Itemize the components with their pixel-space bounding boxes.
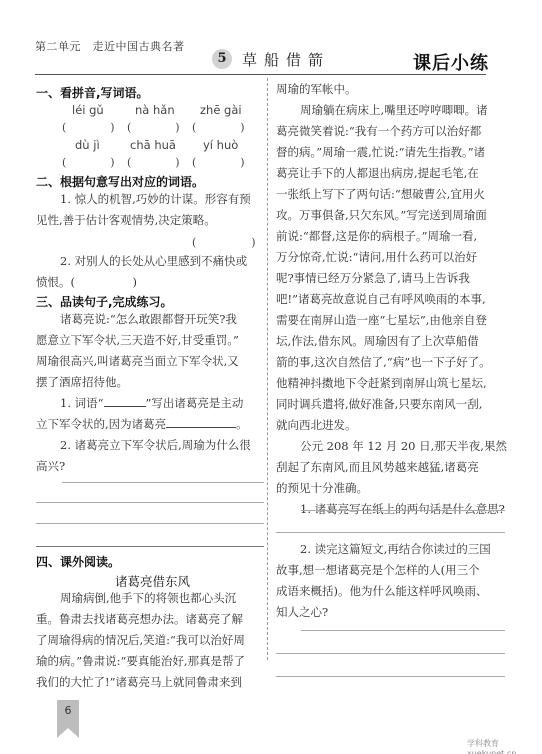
answer-box[interactable]: ( ) [127, 119, 180, 135]
answer-box[interactable]: ( ) [62, 154, 115, 170]
answer-line[interactable] [276, 532, 505, 533]
answer-box[interactable]: ( ) [62, 119, 115, 135]
reading-line: 攻。万事俱备,只欠东风。”写完送到周瑜面 [276, 205, 487, 227]
reading-line: 公元 208 年 12 月 20 日,那天半夜,果然 [300, 436, 507, 458]
answer-line[interactable] [301, 630, 505, 631]
answer-line[interactable] [301, 510, 505, 511]
pinyin-cha-hua: chā huā [130, 138, 176, 152]
section2-heading: 二、根据句意写出对应的词语。 [36, 173, 204, 190]
reading-line: 万分惊奇,忙说:“请问,用什么药可以治好 [276, 247, 477, 269]
reading-line: 周瑜的军帐中。 [276, 79, 357, 101]
section3-heading: 三、品读句子,完成练习。 [36, 293, 173, 310]
reading-line: 我们的大忙了!”诸葛亮马上就同鲁肃来到 [36, 672, 242, 694]
reading-line: 葛亮微笑着说:“我有一个药方可以治好都 [276, 121, 481, 143]
reading-line: 吧!”诸葛亮故意说自己有呼风唤雨的本事, [276, 289, 486, 311]
answer-box[interactable]: ( ) [192, 119, 245, 135]
s4-q2-line: 故事,想一想诸葛亮是个怎样的人(用三个 [276, 560, 480, 582]
pinyin-na-han: nà hǎn [135, 103, 175, 117]
s2-q1-line2: 见性,善于估计客观情势,决定策略。 [36, 210, 216, 232]
reading-line: 前说:“都督,这是你的病根子。”周瑜一看, [276, 226, 477, 248]
s3-q1-line1: 1. 词语“”写出诸葛亮是主动 [60, 393, 243, 415]
page-number: 6 [57, 704, 79, 717]
reading-line: 坛,作法,借东风。周瑜因有了上次草船借 [276, 331, 479, 353]
reading-line: 他精神抖擞地下令赶紧到南屏山筑七星坛, [276, 373, 487, 395]
reading-line: 箭的事,这次自然信了,“病”也一下子好了。 [276, 352, 491, 374]
pinyin-yi-huo: yí huò [203, 138, 238, 152]
section-rule [36, 546, 264, 547]
s3-passage-line: 周瑜很高兴,叫诸葛亮当面立下军令状,又 [36, 351, 239, 373]
reading-line: 瑜的病。”鲁肃说:“要真能治好,那真是帮了 [36, 651, 245, 673]
answer-line[interactable] [62, 482, 264, 483]
watermark: 学科教育 xuekunet.cn [467, 738, 542, 754]
header-rule [35, 74, 486, 75]
pinyin-zhe-gai: zhē gài [200, 103, 242, 117]
s3-passage-line: 诸葛亮说:“怎么敢跟都督开玩笑?我 [60, 309, 237, 331]
reading-line: 督的病。”周瑜一震,忙说:“请先生指教。”诸 [276, 142, 485, 164]
s3-passage-line: 摆了酒席招待他。 [36, 372, 128, 394]
s2-q2-line2: 愤恨。( ) [36, 272, 137, 294]
answer-line[interactable] [36, 523, 264, 524]
section1-heading: 一、看拼音,写词语。 [36, 84, 149, 101]
reading-line: 周瑜病倒,他手下的将领也都心头沉 [60, 588, 236, 610]
section4-heading: 四、课外阅读。 [36, 553, 120, 570]
practice-label: 课后小练 [413, 49, 489, 75]
s4-q2-line: 2. 读完这篇短文,再结合你读过的三国 [300, 539, 491, 561]
column-divider [267, 78, 268, 660]
fill-blank[interactable] [166, 427, 236, 428]
s3-q2-line1: 2. 诸葛亮立下军令状后,周瑜为什么很 [60, 435, 251, 457]
pinyin-du-ji: dù jì [75, 138, 100, 152]
answer-box[interactable]: ( ) [192, 154, 245, 170]
lesson-title: 草船借箭 [242, 49, 330, 70]
reading-line: 刮起了东南风,而且风势越来越猛,诸葛亮 [276, 457, 479, 479]
s4-q2-line: 成语来概括)。他为什么能这样呼风唤雨、 [276, 581, 487, 603]
pinyin-lei-gu: léi gǔ [72, 103, 104, 117]
s4-q2-line: 知人之心? [276, 602, 328, 624]
reading-line: 的预见十分准确。 [276, 478, 368, 500]
answer-line[interactable] [276, 653, 505, 654]
reading-line: 重。鲁肃去找诸葛亮想办法。诸葛亮了解 [36, 609, 243, 631]
unit-title: 第二单元 走近中国古典名著 [35, 38, 185, 54]
s2-q2-line1: 2. 对别人的长处从心里感到不痛快或 [60, 251, 247, 273]
answer-box[interactable]: ( ) [192, 234, 256, 250]
s3-passage-line: 愿意立下军令状,三天造不好,甘受重罚。” [36, 330, 239, 352]
answer-line[interactable] [276, 676, 505, 677]
lesson-number-badge: 5 [212, 49, 232, 69]
reading-line: 一张纸上写下了两句话:“想破曹公,宜用火 [276, 184, 485, 206]
reading-line: 同时调兵遣将,做好准备,只要东南风一刮, [276, 394, 482, 416]
s3-q2-line2: 高兴? [36, 456, 65, 478]
reading-line: 周瑜躺在病床上,嘴里还哼哼唧唧。诸 [300, 100, 488, 122]
reading-line: 需要在南屏山造一座“七星坛”,由他亲自登 [276, 310, 487, 332]
s3-q1-line2: 立下军令状的,因为诸葛亮。 [36, 414, 248, 436]
answer-box[interactable]: ( ) [127, 154, 180, 170]
fill-blank[interactable] [104, 406, 146, 407]
reading-line: 葛亮让手下的人都退出病房,提起毛笔,在 [276, 163, 479, 185]
reading-line: 了周瑜得病的情况后,笑道:“我可以治好周 [36, 630, 245, 652]
reading-line: 呢?事情已经万分紧急了,请马上告诉我 [276, 268, 470, 290]
answer-line[interactable] [36, 502, 264, 503]
reading-line: 就向西北进发。 [276, 415, 357, 437]
s2-q1-line1: 1. 惊人的机智,巧妙的计谋。形容有预 [60, 189, 251, 211]
